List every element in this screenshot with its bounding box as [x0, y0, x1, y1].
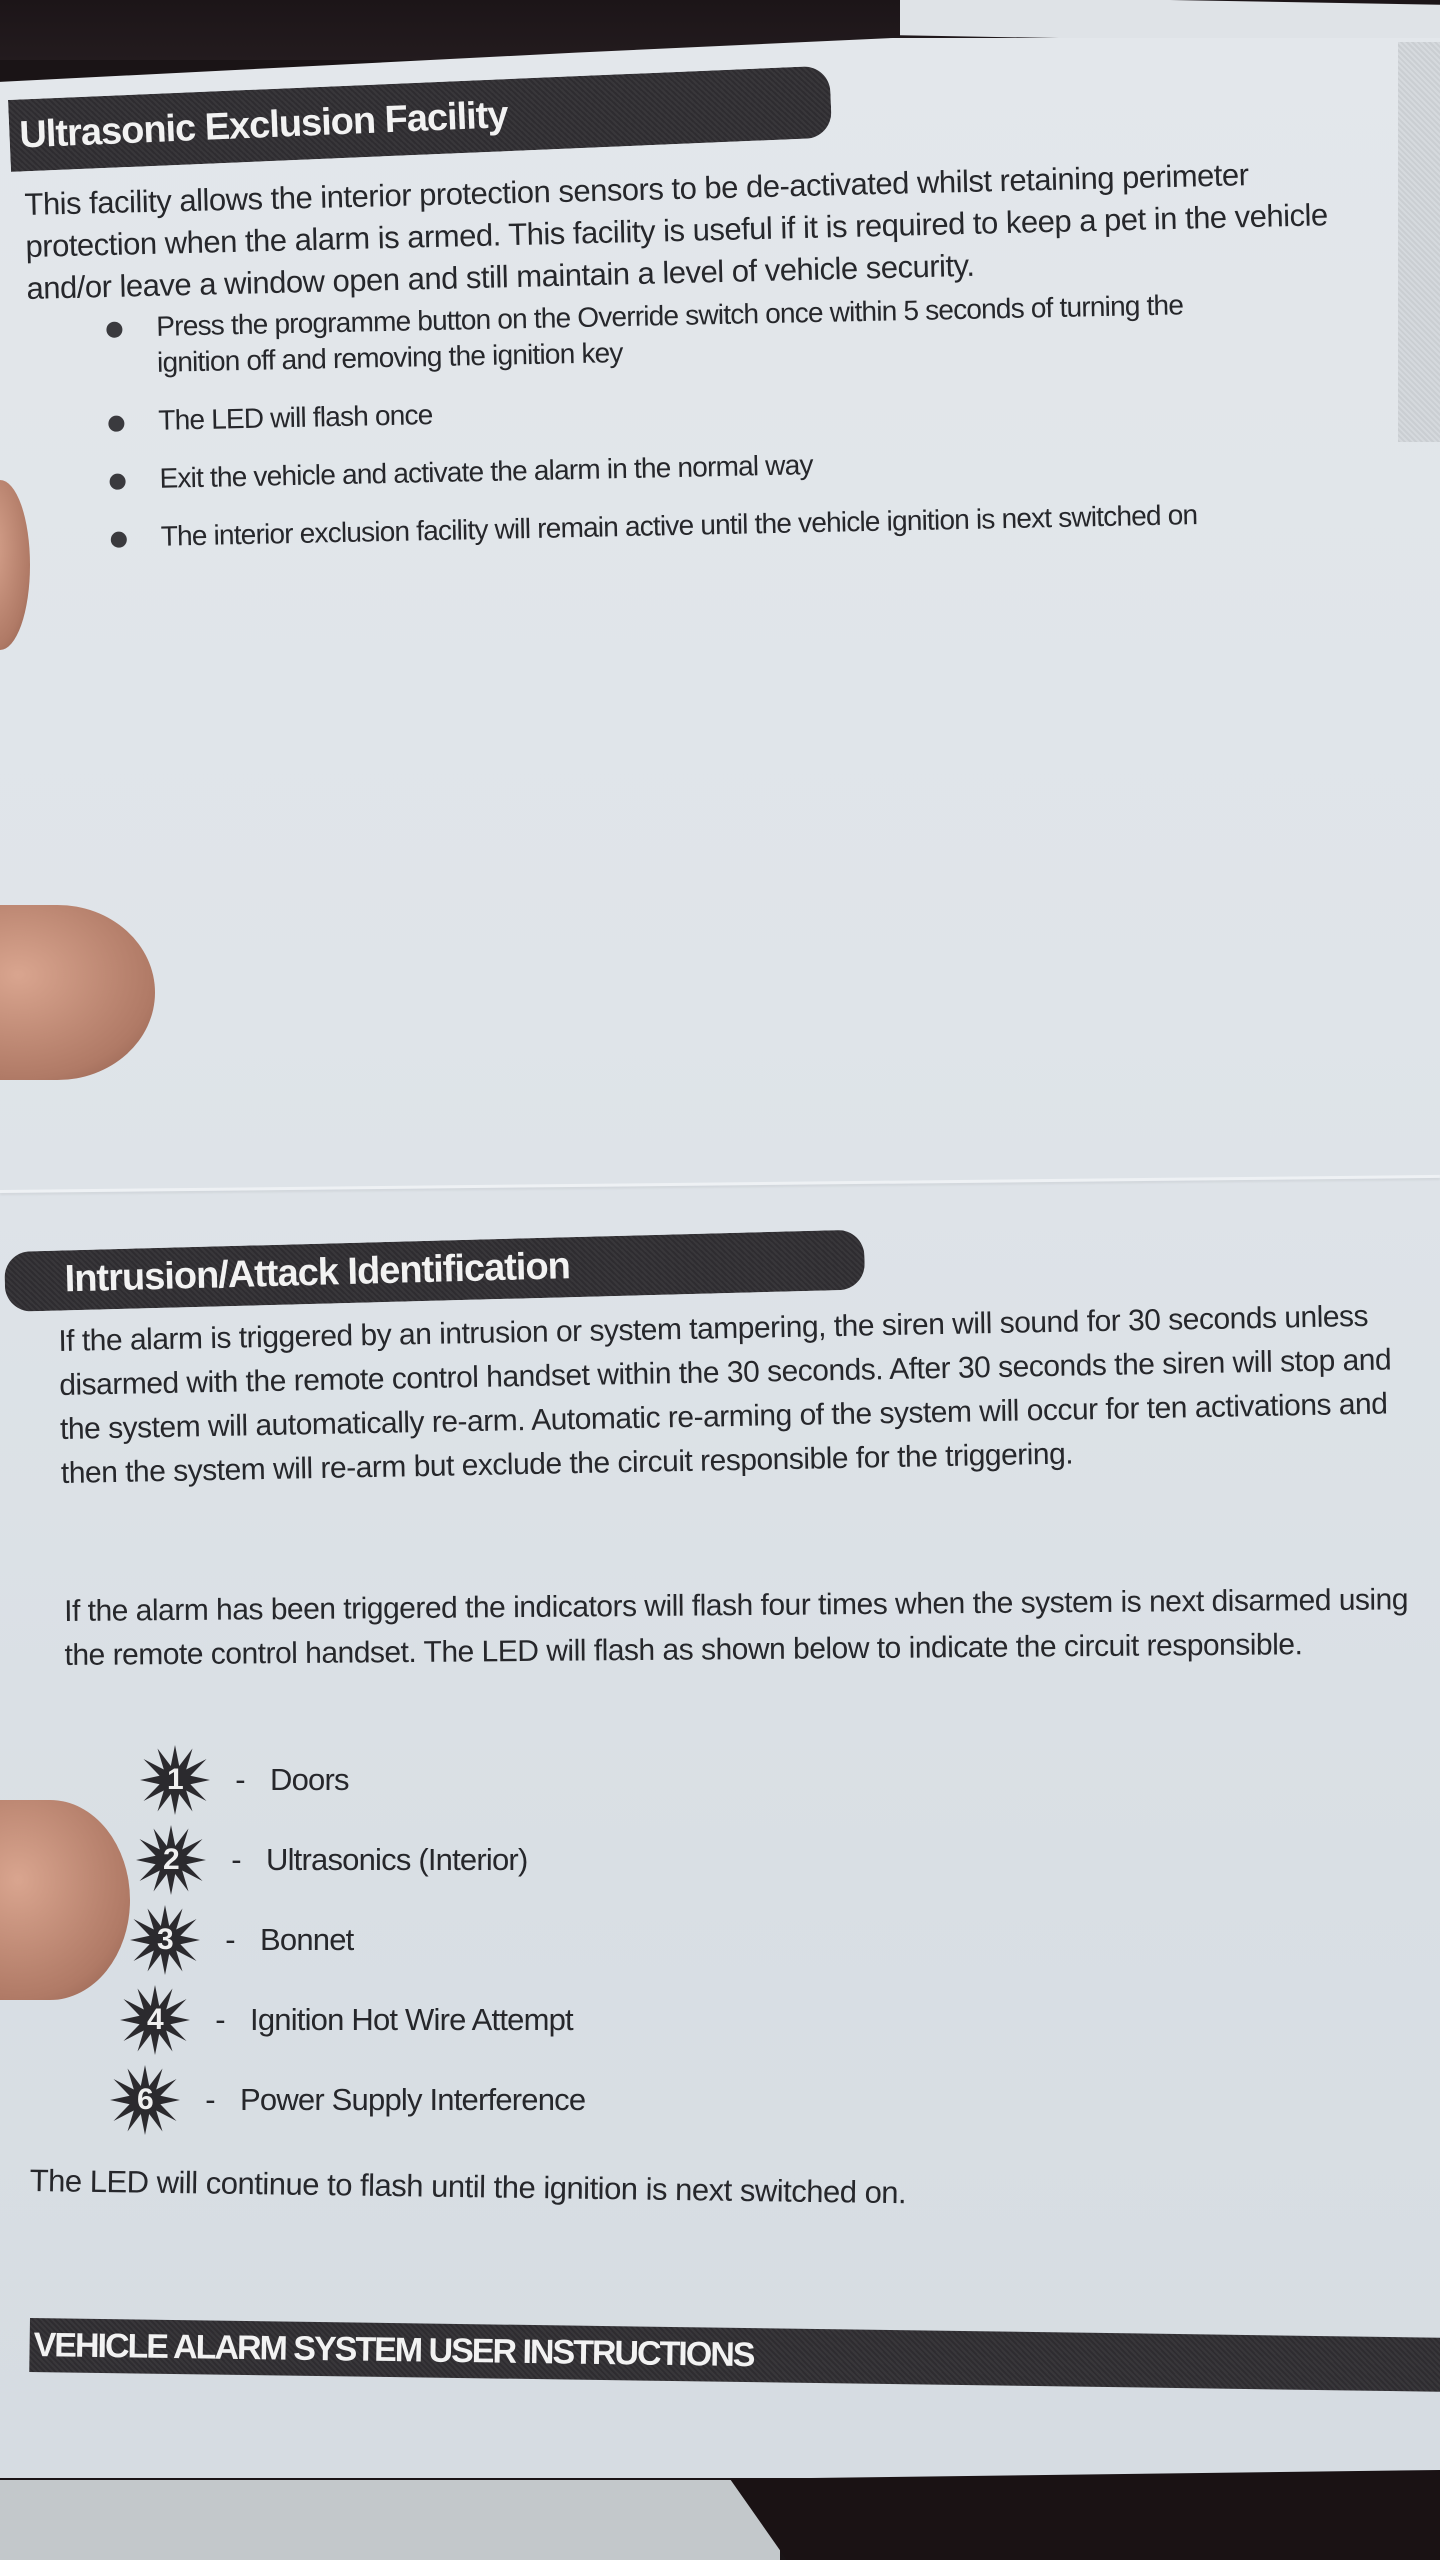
list-item: The LED will flash once — [102, 381, 1203, 440]
circuit-label: Power Supply Interference — [240, 2082, 585, 2118]
flash-code-row: 6 - Power Supply Interference — [110, 2060, 800, 2140]
starburst-icon: 1 — [140, 1745, 210, 1815]
ultrasonic-steps-list: Press the programme button on the Overri… — [100, 287, 1205, 578]
circuit-label: Bonnet — [260, 1922, 353, 1958]
background-surface-dark — [730, 2470, 1440, 2560]
list-item: The interior exclusion facility will rem… — [104, 497, 1205, 556]
flash-code-row: 3 - Bonnet — [130, 1900, 800, 1980]
starburst-icon: 2 — [136, 1825, 206, 1895]
circuit-label: Ultrasonics (Interior) — [266, 1842, 527, 1878]
starburst-icon: 4 — [120, 1985, 190, 2055]
flash-code-row: 4 - Ignition Hot Wire Attempt — [120, 1980, 800, 2060]
circuit-label: Doors — [270, 1762, 349, 1798]
flash-code-row: 2 - Ultrasonics (Interior) — [136, 1820, 800, 1900]
starburst-icon: 3 — [130, 1905, 200, 1975]
flash-code-row: 1 - Doors — [140, 1740, 800, 1820]
starburst-icon: 6 — [110, 2065, 180, 2135]
intrusion-paragraph-1: If the alarm is triggered by an intrusio… — [58, 1294, 1440, 1496]
background-surface-gray — [0, 2480, 780, 2560]
paper-texture-strip — [1398, 42, 1440, 442]
circuit-label: Ignition Hot Wire Attempt — [250, 2002, 573, 2038]
flash-code-legend: 1 - Doors 2 - Ultrasonics (Interior) 3 -… — [100, 1740, 800, 2140]
intrusion-paragraph-2: If the alarm has been triggered the indi… — [64, 1578, 1440, 1678]
list-item: Exit the vehicle and activate the alarm … — [103, 439, 1204, 498]
